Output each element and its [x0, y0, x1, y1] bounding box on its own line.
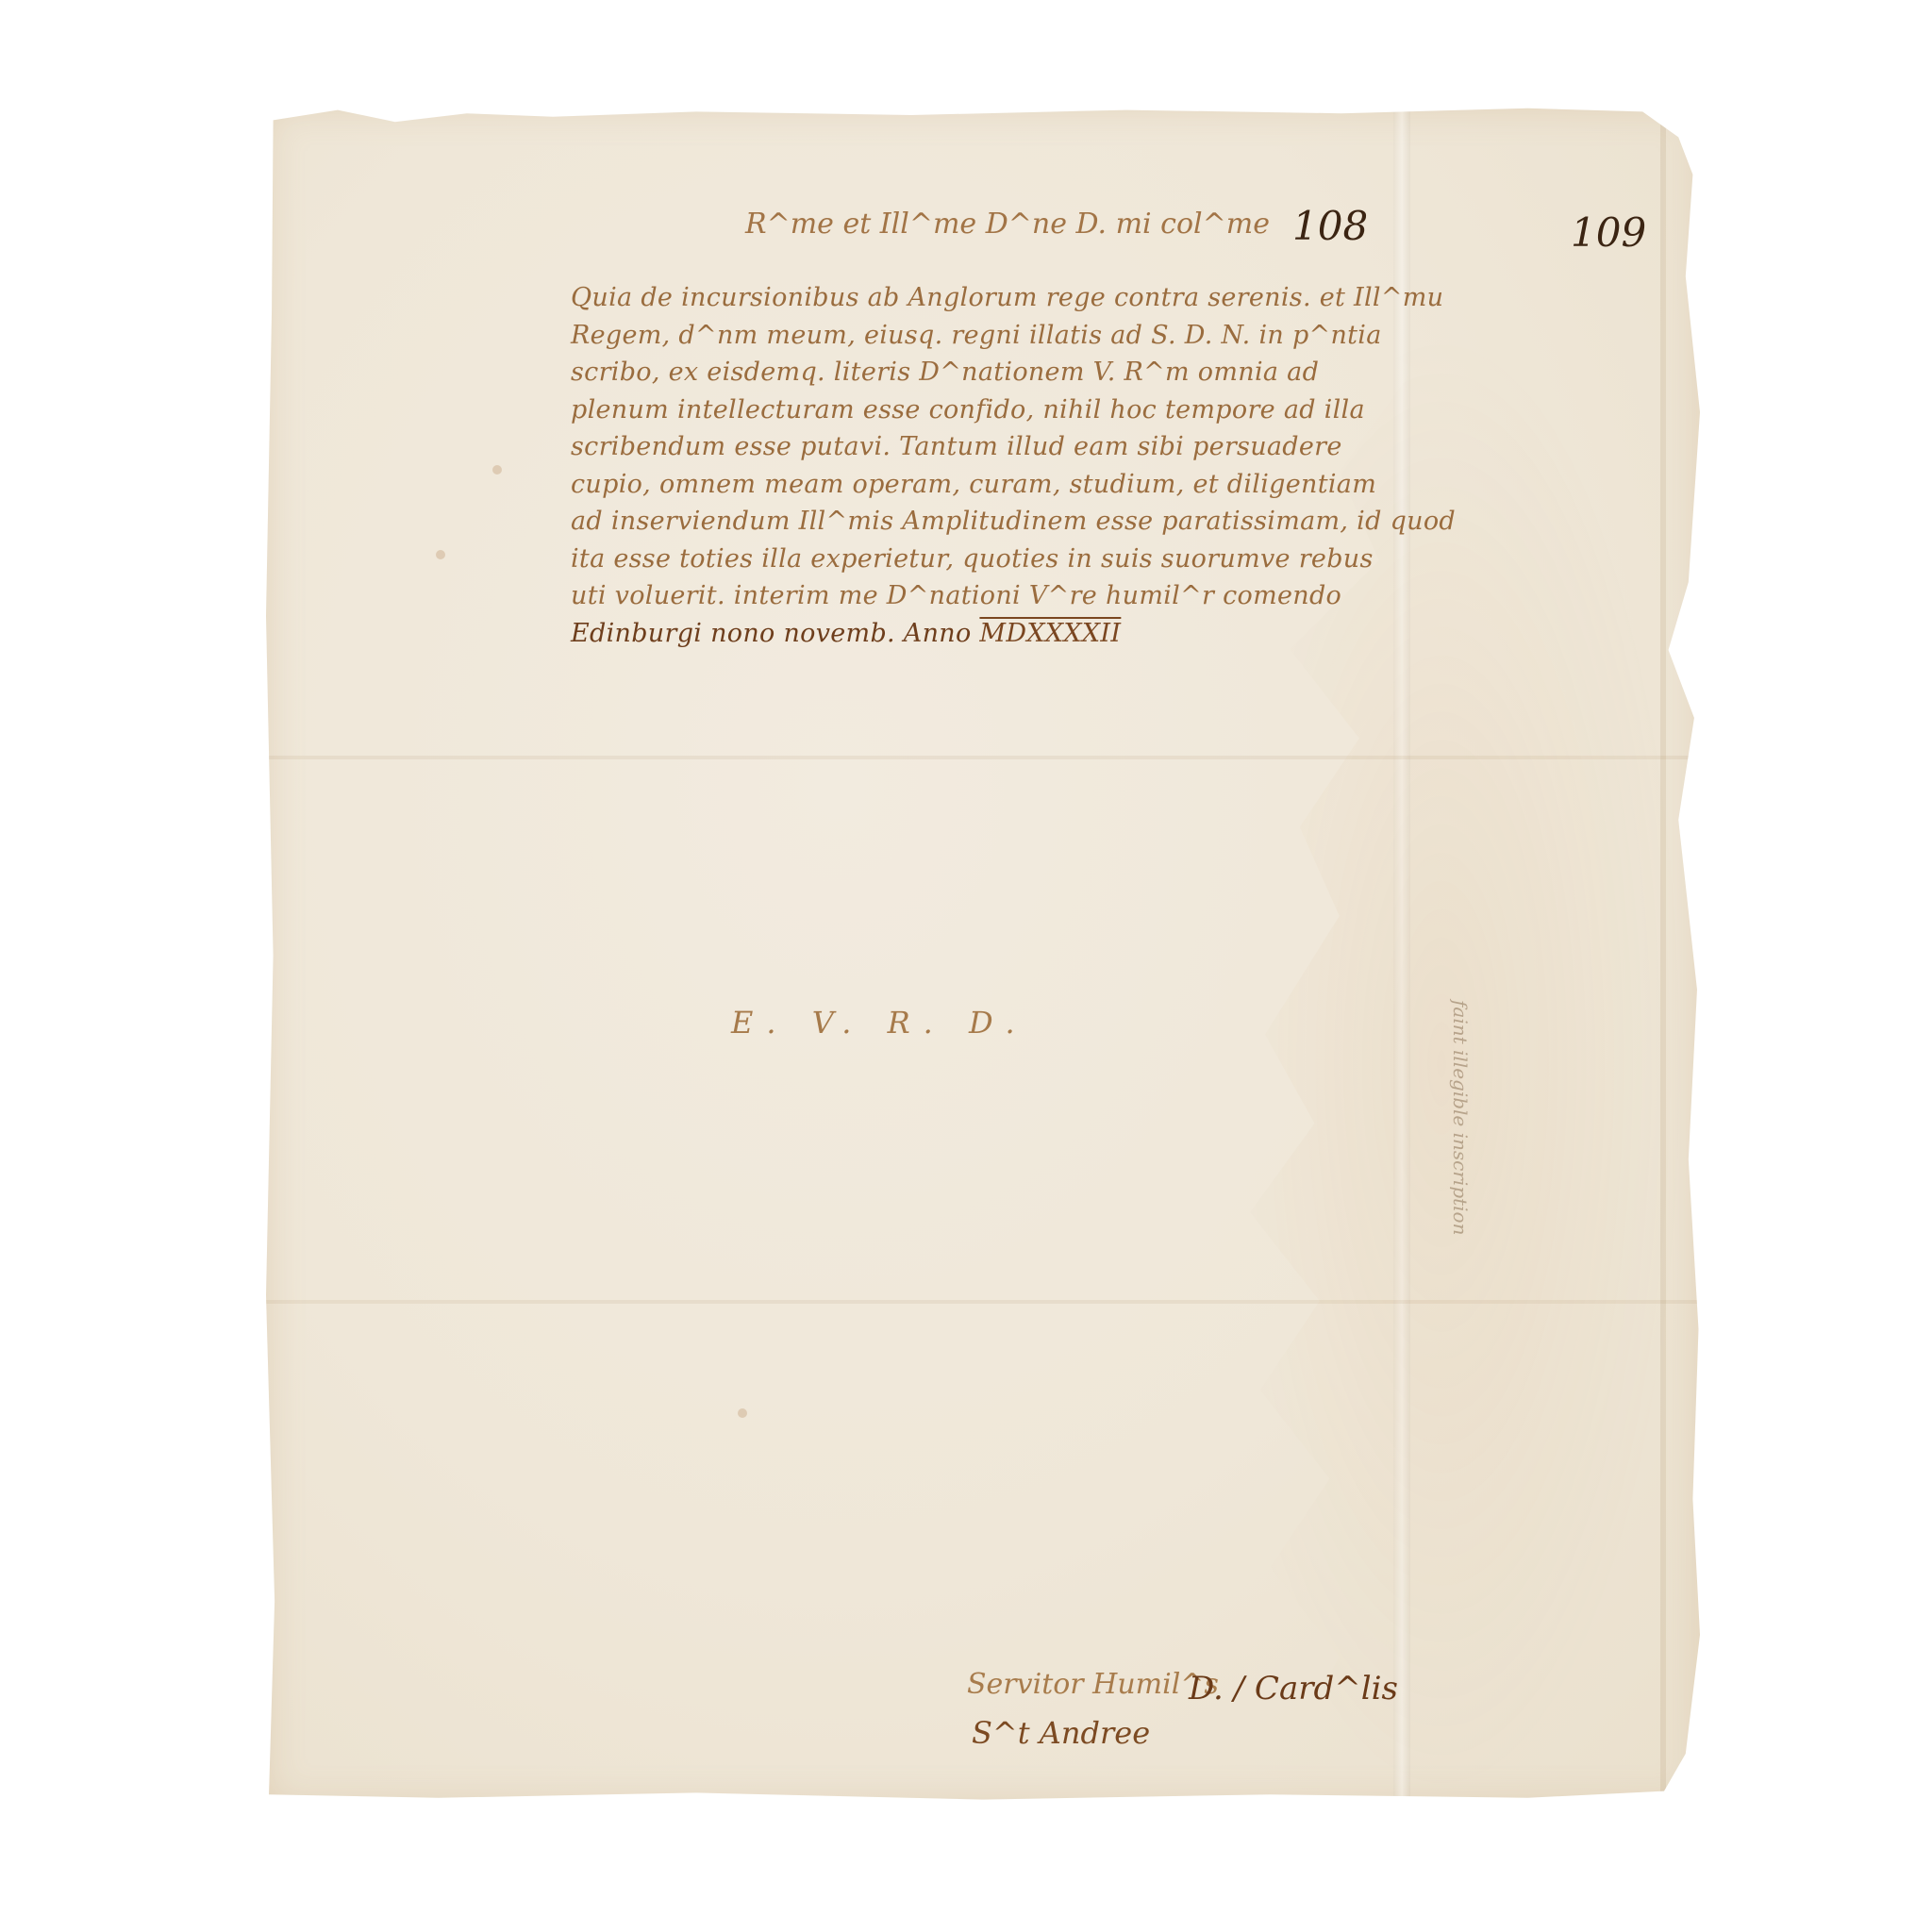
body-line: plenum intellecturam esse confido, nihil… [571, 391, 1250, 429]
foxing-spot [738, 1408, 747, 1418]
year-roman: MDXXXXII [979, 619, 1121, 648]
body-line: Quia de incursionibus ab Anglorum rege c… [571, 279, 1250, 317]
foxing-spot [436, 550, 445, 559]
salutation: R^me et Ill^me D^ne D. mi col^me [745, 208, 1270, 241]
folio-number: 109 [1571, 209, 1646, 256]
body-line: ita esse toties illa experietur, quoties… [571, 541, 1250, 578]
body-line: ad inserviendum Ill^mis Amplitudinem ess… [571, 503, 1250, 541]
body-line: cupio, omnem meam operam, curam, studium… [571, 466, 1250, 504]
folio-number: 108 [1292, 203, 1368, 249]
closing-abbreviation: E. V. R. D. [731, 1005, 1028, 1041]
signature-st-andrews: S^t Andree [972, 1715, 1150, 1751]
place-date: Edinburgi nono novemb. Anno [571, 619, 972, 648]
marginal-note: faint illegible inscription [1443, 1000, 1472, 1358]
foxing-spot [492, 465, 502, 475]
body-line: uti voluerit. interim me D^nationi V^re … [571, 577, 1250, 615]
body-line: Regem, d^nm meum, eiusq. regni illatis a… [571, 317, 1250, 355]
signature-cardinal: D. / Card^lis [1189, 1670, 1398, 1707]
date-line: Edinburgi nono novemb. Anno MDXXXXII [571, 615, 1250, 653]
letter-body: Quia de incursionibus ab Anglorum rege c… [571, 279, 1250, 652]
body-line: scribendum esse putavi. Tantum illud eam… [571, 428, 1250, 466]
signature-servitor: Servitor Humil^s [967, 1668, 1219, 1701]
body-line: scribo, ex eisdemq. literis D^nationem V… [571, 354, 1250, 391]
